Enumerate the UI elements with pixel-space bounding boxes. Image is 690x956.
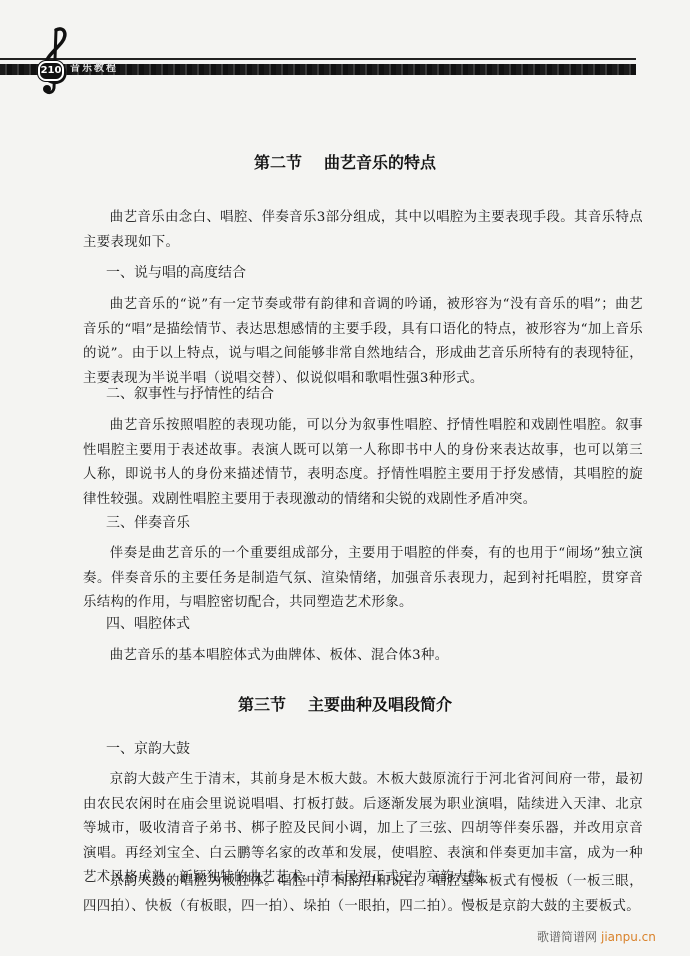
section-intro: 曲艺音乐由念白、唱腔、伴奏音乐3部分组成，其中以唱腔为主要表现手段。其音乐特点主… [83, 206, 643, 255]
subsection-heading: 一、京韵大鼓 [106, 738, 190, 758]
watermark-site-name: 歌谱简谱网 [537, 930, 597, 944]
subsection-heading: 三、伴奏音乐 [106, 512, 190, 532]
paragraph: 曲艺音乐按照唱腔的表现功能，可以分为叙事性唱腔、抒情性唱腔和戏剧性唱腔。叙事性唱… [83, 414, 643, 512]
section-number: 第二节 [254, 153, 302, 172]
section-title: 第三节主要曲种及唱段简介 [0, 692, 690, 715]
paragraph: 京韵大鼓的唱腔为板腔体。唱腔中，间韵白和说白。唱腔基本板式有慢板（一板三眼，四四… [83, 870, 643, 919]
paragraph: 曲艺音乐的“说”有一定节奏或带有韵律和音调的吟诵，被形容为“没有音乐的唱”；曲艺… [83, 293, 643, 391]
section-title: 第二节曲艺音乐的特点 [0, 150, 690, 173]
watermark: 歌谱简谱网jianpu.cn [537, 928, 656, 945]
book-page: 210 音乐教程 第二节曲艺音乐的特点 曲艺音乐由念白、唱腔、伴奏音乐3部分组成… [0, 0, 690, 956]
section-number: 第三节 [238, 695, 286, 714]
watermark-domain: jianpu.cn [601, 930, 656, 944]
subsection-heading: 一、说与唱的高度结合 [106, 262, 246, 282]
subsection-heading: 四、唱腔体式 [106, 613, 190, 633]
subsection-heading: 二、叙事性与抒情性的结合 [106, 383, 274, 403]
running-title: 音乐教程 [70, 61, 118, 77]
paragraph: 伴奏是曲艺音乐的一个重要组成部分，主要用于唱腔的伴奏，有的也用于“闹场”独立演奏… [83, 542, 643, 616]
page-number: 210 [38, 61, 64, 81]
section-title-text: 曲艺音乐的特点 [324, 153, 436, 172]
section-title-text: 主要曲种及唱段简介 [308, 695, 452, 714]
header-rule [0, 58, 636, 60]
paragraph: 曲艺音乐的基本唱腔体式为曲牌体、板体、混合体3种。 [83, 644, 643, 669]
